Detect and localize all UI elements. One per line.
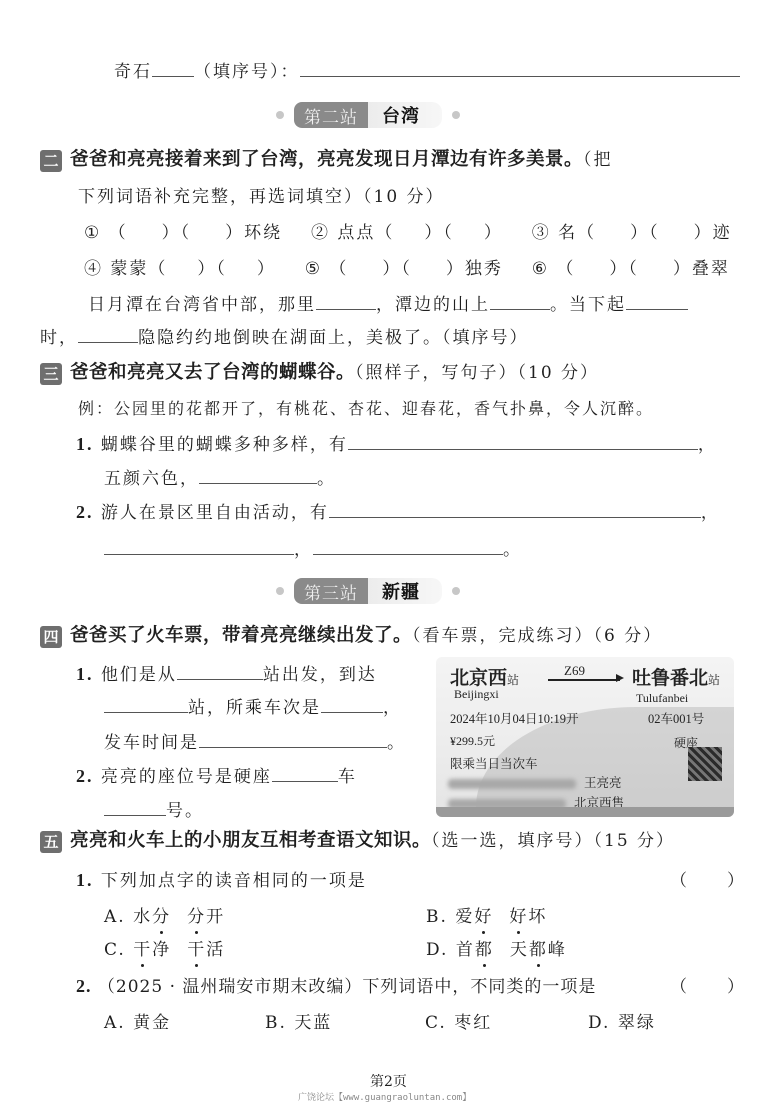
dot-icon bbox=[452, 587, 460, 595]
question-4-title: 四爸爸买了火车票，带着亮亮继续出发了。（看车票，完成练习）（6 分） bbox=[40, 621, 662, 648]
question-2-title: 二爸爸和亮亮接着来到了台湾，亮亮发现日月潭边有许多美景。（把 bbox=[40, 145, 613, 172]
answer-blank[interactable] bbox=[78, 326, 138, 343]
train-number: Z69 bbox=[564, 663, 585, 679]
q4-line-5: 号。 bbox=[104, 796, 204, 821]
train-ticket: 北京西站 Beijingxi Z69 吐鲁番北站 Tulufanbei 2024… bbox=[436, 657, 734, 817]
q4-line-2: 站，所乘车次是， bbox=[104, 693, 402, 718]
q4-line-4: 2. 亮亮的座位号是硬座车 bbox=[76, 762, 357, 787]
qr-code-icon bbox=[688, 747, 722, 781]
answer-blank[interactable] bbox=[490, 293, 550, 310]
ticket-price: ¥299.5元 bbox=[450, 732, 495, 749]
answer-blank[interactable] bbox=[313, 538, 503, 555]
option-c[interactable]: C. 干净干活 bbox=[104, 935, 225, 960]
answer-blank[interactable] bbox=[177, 663, 263, 680]
option-b[interactable]: B. 天蓝 bbox=[265, 1008, 332, 1033]
idiom-row-1: ① （）（）环绕 ② 点点（）（） ③ 名（）（）迹 bbox=[84, 218, 732, 243]
idiom-item: ⑥ （）（）叠翠 bbox=[532, 259, 730, 279]
page-number: 第2页 bbox=[370, 1071, 407, 1091]
answer-blank[interactable] bbox=[316, 293, 376, 310]
station-label: 第二站 bbox=[294, 102, 368, 128]
question-note-continued: 下列词语补充完整，再选词填空）（10 分） bbox=[78, 182, 445, 207]
top-fill-line: 奇石（填序号）： bbox=[114, 57, 740, 82]
watermark: 广饶论坛【www.guangraoluntan.com】 bbox=[298, 1090, 471, 1103]
question-title: 亮亮和火车上的小朋友互相考查语文知识。 bbox=[70, 830, 431, 851]
option-d[interactable]: D. 首都天都峰 bbox=[426, 935, 567, 960]
ticket-validity: 限乘当日当次车 bbox=[450, 754, 538, 772]
dot-icon bbox=[276, 111, 284, 119]
top-line-prefix: 奇石 bbox=[114, 62, 152, 82]
answer-blank[interactable] bbox=[199, 731, 387, 748]
question-note: （把 bbox=[583, 150, 613, 170]
q5-sentence-1: 1. 下列加点字的读音相同的一项是 bbox=[76, 866, 367, 891]
idiom-item: ⑤ （）（）独秀 bbox=[305, 259, 503, 279]
question-number-badge: 三 bbox=[40, 363, 62, 385]
question-title: 爸爸和亮亮接着来到了台湾，亮亮发现日月潭边有许多美景。 bbox=[70, 149, 583, 170]
departure-datetime: 2024年10月04日10:19开 bbox=[450, 709, 578, 727]
option-c[interactable]: C. 枣红 bbox=[425, 1008, 492, 1033]
q4-line-1: 1. 他们是从站出发，到达 bbox=[76, 660, 377, 685]
ticket-stripe bbox=[436, 807, 734, 817]
answer-blank[interactable] bbox=[348, 433, 698, 450]
idiom-item: ① （）（）环绕 bbox=[84, 223, 282, 243]
station-banner-taiwan: 第二站台湾 bbox=[276, 102, 460, 128]
question-5-title: 五亮亮和火车上的小朋友互相考查语文知识。（选一选，填序号）（15 分） bbox=[40, 826, 675, 853]
question-number-badge: 二 bbox=[40, 150, 62, 172]
sentence-2-line-2: ，。 bbox=[104, 535, 522, 560]
answer-blank[interactable] bbox=[199, 467, 317, 484]
idiom-row-2: ④ 蒙蒙（）（） ⑤ （）（）独秀 ⑥ （）（）叠翠 bbox=[84, 254, 730, 279]
to-station: 吐鲁番北站 bbox=[632, 663, 720, 690]
question-title: 爸爸买了火车票，带着亮亮继续出发了。 bbox=[70, 625, 412, 646]
redacted-id bbox=[448, 779, 576, 789]
option-d[interactable]: D. 翠绿 bbox=[588, 1008, 656, 1033]
question-note: （照样子，写句子）（10 分） bbox=[355, 363, 599, 383]
from-station: 北京西站 bbox=[450, 663, 519, 690]
station-name: 新疆 bbox=[368, 578, 442, 604]
answer-blank[interactable] bbox=[152, 60, 194, 77]
seat-number: 02车001号 bbox=[648, 709, 704, 727]
to-station-pinyin: Tulufanbei bbox=[636, 691, 688, 706]
station-name: 台湾 bbox=[368, 102, 442, 128]
answer-blank[interactable] bbox=[272, 765, 338, 782]
from-station-pinyin: Beijingxi bbox=[454, 687, 499, 702]
example-sentence: 例：公园里的花都开了，有桃花、杏花、迎春花，香气扑鼻，令人沉醉。 bbox=[78, 396, 654, 419]
answer-blank[interactable] bbox=[104, 696, 188, 713]
q4-line-3: 发车时间是。 bbox=[104, 728, 406, 753]
sentence-2-line-1: 2. 游人在景区里自由活动，有， bbox=[76, 498, 720, 523]
question-3-title: 三爸爸和亮亮又去了台湾的蝴蝶谷。（照样子，写句子）（10 分） bbox=[40, 358, 599, 385]
idiom-item: ③ 名（）（）迹 bbox=[532, 223, 732, 243]
question-note: （选一选，填序号）（15 分） bbox=[431, 831, 675, 851]
station-banner-xinjiang: 第三站新疆 bbox=[276, 578, 460, 604]
answer-blank[interactable] bbox=[329, 501, 701, 518]
top-line-suffix: （填序号）： bbox=[194, 62, 300, 82]
fill-paragraph-line-1: 日月潭在台湾省中部，那里，潭边的山上。当下起 bbox=[88, 290, 688, 315]
answer-paren[interactable]: （ ） bbox=[670, 866, 746, 891]
question-title: 爸爸和亮亮又去了台湾的蝴蝶谷。 bbox=[70, 362, 355, 383]
idiom-item: ② 点点（）（） bbox=[311, 223, 503, 243]
station-label: 第三站 bbox=[294, 578, 368, 604]
q5-sentence-2: 2. （2025 · 温州瑞安市期末改编）下列词语中，不同类的一项是 bbox=[76, 972, 596, 997]
answer-blank[interactable] bbox=[300, 60, 740, 77]
option-a[interactable]: A. 水分分开 bbox=[104, 902, 225, 927]
option-b[interactable]: B. 爱好好坏 bbox=[426, 902, 547, 927]
arrow-icon bbox=[548, 679, 620, 681]
sentence-1-line-1: 1. 蝴蝶谷里的蝴蝶多种多样，有， bbox=[76, 430, 717, 455]
option-a[interactable]: A. 黄金 bbox=[104, 1008, 171, 1033]
question-note: （看车票，完成练习）（6 分） bbox=[412, 626, 662, 646]
answer-paren[interactable]: （ ） bbox=[670, 972, 746, 997]
question-number-badge: 四 bbox=[40, 626, 62, 648]
dot-icon bbox=[452, 111, 460, 119]
question-number-badge: 五 bbox=[40, 831, 62, 853]
sentence-1-line-2: 五颜六色，。 bbox=[104, 464, 336, 489]
answer-blank[interactable] bbox=[104, 799, 166, 816]
idiom-item: ④ 蒙蒙（）（） bbox=[84, 259, 276, 279]
arrow-head-icon bbox=[616, 674, 624, 682]
fill-paragraph-line-2: 时，隐隐约约地倒映在湖面上，美极了。（填序号） bbox=[40, 323, 529, 348]
dot-icon bbox=[276, 587, 284, 595]
answer-blank[interactable] bbox=[321, 696, 383, 713]
answer-blank[interactable] bbox=[104, 538, 294, 555]
answer-blank[interactable] bbox=[626, 293, 688, 310]
passenger-name: 王亮亮 bbox=[584, 773, 622, 791]
